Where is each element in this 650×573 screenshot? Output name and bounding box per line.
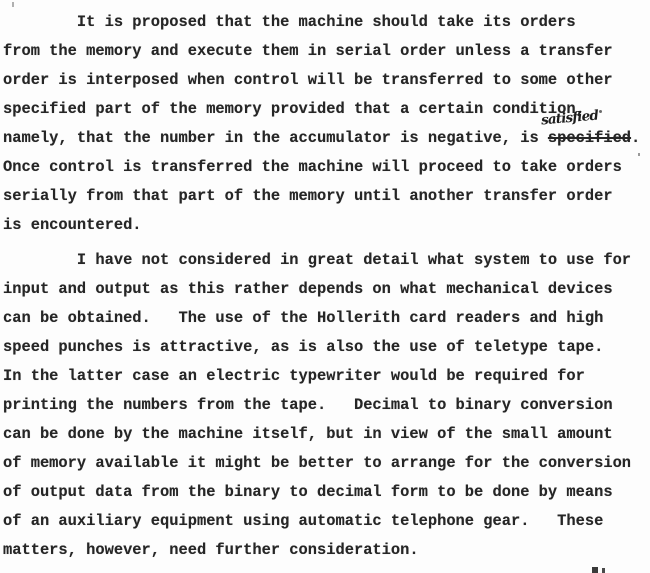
text-line: of memory available it might be better t…	[0, 449, 650, 478]
text-line: printing the numbers from the tape. Deci…	[0, 391, 650, 420]
text-line: Once control is transferred the machine …	[0, 153, 650, 182]
text-line: I have not considered in great detail wh…	[0, 246, 650, 275]
text-line: of an auxiliary equipment using automati…	[0, 507, 650, 536]
handwritten-correction: satisfied	[540, 109, 598, 128]
text-line: order is interposed when control will be…	[0, 66, 650, 95]
text-line: from the memory and execute them in seri…	[0, 37, 650, 66]
text-line: matters, however, need further considera…	[0, 536, 650, 565]
edit-text-after: .	[631, 129, 640, 147]
text-line: input and output as this rather depends …	[0, 275, 650, 304]
cut-off-glyph	[592, 567, 598, 573]
document-page: It is proposed that the machine should t…	[0, 0, 650, 573]
paragraph-2: I have not considered in great detail wh…	[0, 246, 650, 565]
text-line: can be obtained. The use of the Hollerit…	[0, 304, 650, 333]
text-line: can be done by the machine itself, but i…	[0, 420, 650, 449]
text-line: In the latter case an electric typewrite…	[0, 362, 650, 391]
struck-word: specified	[548, 129, 631, 147]
text-line-with-correction: namely, that the number in the accumulat…	[0, 124, 650, 153]
text-line: serially from that part of the memory un…	[0, 182, 650, 211]
text-line: of output data from the binary to decima…	[0, 478, 650, 507]
scan-speck	[12, 2, 14, 7]
text-line: is encountered.	[0, 211, 650, 240]
cut-off-glyph	[602, 568, 605, 573]
text-line: It is proposed that the machine should t…	[0, 8, 650, 37]
paragraph-1: It is proposed that the machine should t…	[0, 8, 650, 240]
text-line: speed punches is attractive, as is also …	[0, 333, 650, 362]
edit-text-before: namely, that the number in the accumulat…	[3, 129, 548, 147]
scan-speck	[599, 110, 602, 113]
scan-speck	[638, 153, 640, 156]
